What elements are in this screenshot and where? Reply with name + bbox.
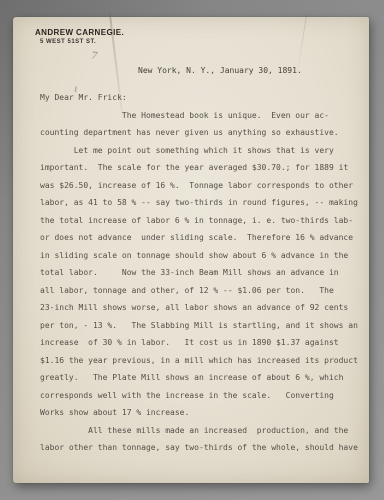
letter-paper: ANDREW CARNEGIE. 5 WEST 51ST ST. 7 ℓ New… [13,17,369,483]
letter-line: $1.16 the year previous, in a mill which… [40,352,364,370]
letter-line: counting department has never given us a… [40,124,364,142]
letter-line: all labor, tonnage and other, of 12 % --… [40,282,364,300]
letter-line: labor other than tonnage, say two-thirds… [40,439,364,457]
dateline: New York, N. Y., January 30, 1891. [138,66,302,75]
letterhead-name: ANDREW CARNEGIE. [35,28,124,37]
letter-line: The Homestead book is unique. Even our a… [40,107,364,125]
letter-line: corresponds well with the increase in th… [40,387,364,405]
letter-line: Works show about 17 % increase. [40,404,364,422]
letter-line: or does not advance under sliding scale.… [40,229,364,247]
letterhead: ANDREW CARNEGIE. 5 WEST 51ST ST. [35,28,124,45]
letter-line: important. The scale for the year averag… [40,159,364,177]
letter-line: per ton, - 13 %. The Slabbing Mill is st… [40,317,364,335]
letter-line: labor, as 41 to 58 % -- say two-thirds i… [40,194,364,212]
letter-line: the total increase of labor 6 % in tonna… [40,212,364,230]
letter-line: total labor. Now the 33-inch Beam Mill s… [40,264,364,282]
letter-line: increase of 30 % in labor. It cost us in… [40,334,364,352]
letter-body: My Dear Mr. Frick: The Homestead book is… [40,89,364,457]
letter-line: in sliding scale on tonnage should show … [40,247,364,265]
letter-line: My Dear Mr. Frick: [40,89,364,107]
scan-background: ANDREW CARNEGIE. 5 WEST 51ST ST. 7 ℓ New… [0,0,384,500]
letterhead-address: 5 WEST 51ST ST. [40,39,124,45]
letter-line: greatly. The Plate Mill shows an increas… [40,369,364,387]
letter-line: 23-inch Mill shows worse, all labor show… [40,299,364,317]
letter-line: All these mills made an increased produc… [40,422,364,440]
letter-line: Let me point out something which it show… [40,142,364,160]
letter-line: was $26.50, increase of 16 %. Tonnage la… [40,177,364,195]
pencil-mark-top: 7 [90,51,98,63]
